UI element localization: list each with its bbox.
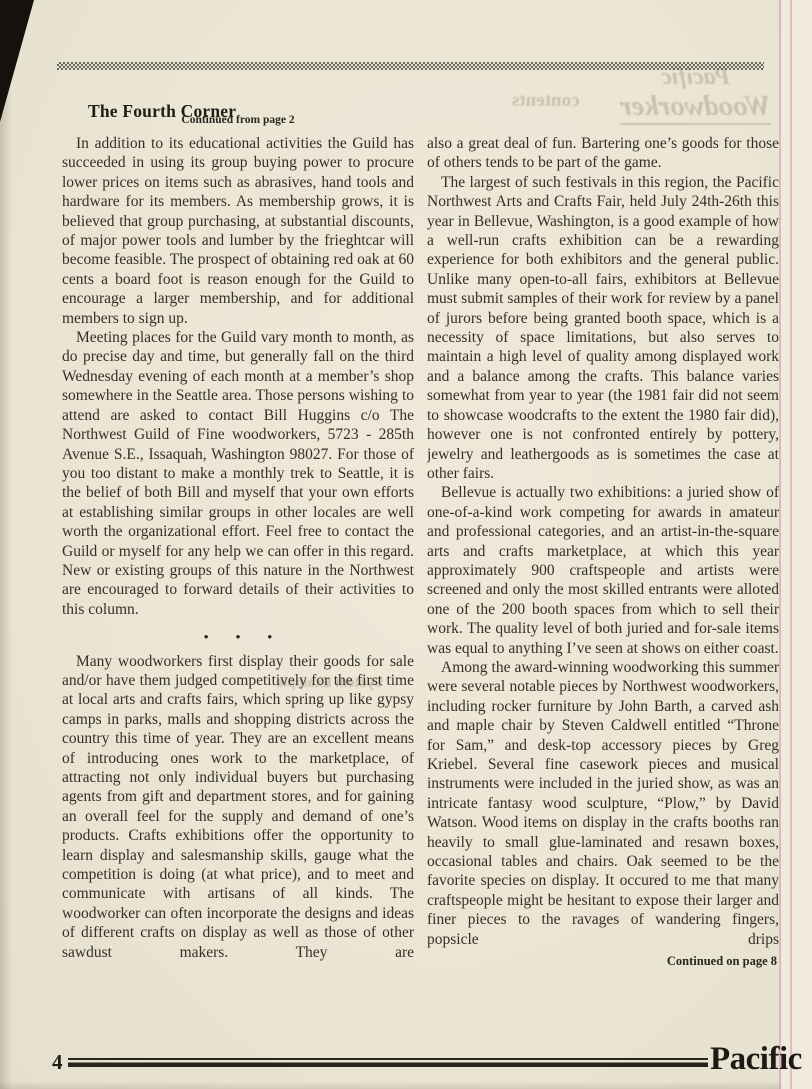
scan-edge-line bbox=[779, 0, 781, 1089]
paragraph: also a great deal of fun. Bartering one’… bbox=[427, 134, 779, 173]
footer-masthead-fragment: Pacific bbox=[710, 1041, 802, 1078]
right-column: also a great deal of fun. Bartering one’… bbox=[427, 134, 779, 1039]
paragraph: Among the award-winning woodworking this… bbox=[427, 658, 779, 949]
scan-left-shadow bbox=[0, 0, 12, 1089]
left-column: In addition to its educational activitie… bbox=[62, 134, 414, 1056]
scan-bottom-shadow bbox=[0, 1081, 812, 1089]
bleed-through-masthead: Pacific Woodworker bbox=[598, 64, 793, 125]
bleed-through-masthead-line2: Woodworker bbox=[620, 90, 771, 125]
section-separator-dots: • • • bbox=[62, 627, 414, 646]
footer-double-rule bbox=[68, 1058, 708, 1067]
paragraph: Bellevue is actually two exhibitions: a … bbox=[427, 483, 779, 658]
bleed-through-contents: contents bbox=[512, 90, 580, 112]
paragraph: In addition to its educational activitie… bbox=[62, 134, 414, 328]
scanned-newsletter-page: Pacific Woodworker contents System Examp… bbox=[0, 0, 812, 1089]
paragraph: The largest of such festivals in this re… bbox=[427, 173, 779, 484]
paragraph: Many woodworkers first display their goo… bbox=[62, 652, 414, 963]
scan-right-edge-strip bbox=[781, 0, 812, 1089]
continued-from-note: Continued from page 2 bbox=[62, 114, 414, 126]
decorative-stipple-bar bbox=[57, 62, 764, 70]
paragraph: Meeting places for the Guild vary month … bbox=[62, 328, 414, 619]
scan-edge-line bbox=[790, 0, 792, 1089]
page-number: 4 bbox=[52, 1050, 63, 1075]
continued-on-note: Continued on page 8 bbox=[427, 952, 779, 971]
